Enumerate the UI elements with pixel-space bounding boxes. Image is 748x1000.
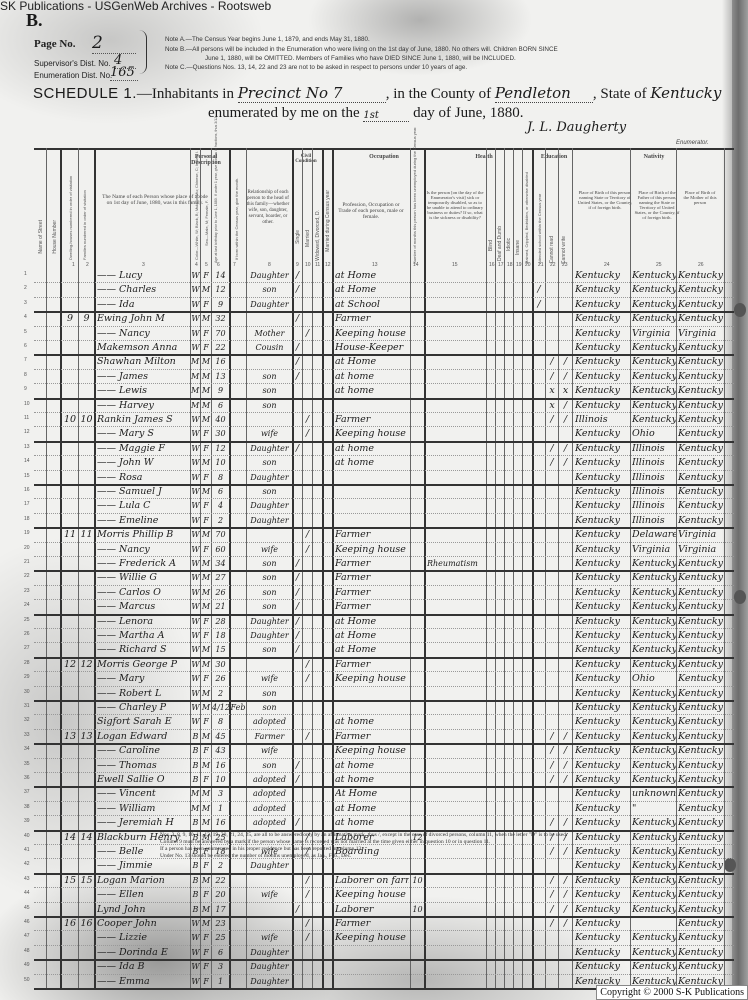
cannot-read-mark	[546, 614, 558, 628]
months-unemployed	[411, 858, 424, 872]
table-row: 20 —— Nancy W F 60 wife / Keeping house …	[34, 542, 734, 557]
family-number	[79, 858, 94, 872]
family-number	[79, 297, 94, 311]
cannot-write-mark	[559, 527, 572, 541]
sex: F	[201, 930, 211, 944]
relationship: son	[247, 484, 292, 498]
married-mark: /	[303, 873, 312, 887]
birthplace: Kentucky	[575, 383, 630, 397]
sickness	[427, 527, 485, 541]
family-number	[79, 743, 94, 757]
age: 40	[212, 412, 229, 426]
birth-month	[230, 599, 246, 613]
line-number: 7	[24, 357, 27, 363]
person-name: —— Mary S	[97, 426, 189, 440]
family-number: 13	[79, 729, 94, 743]
married-mark: /	[303, 542, 312, 556]
cannot-write-mark: /	[559, 455, 572, 469]
supervisor-dist-label: Supervisor's Dist. No.	[34, 59, 111, 68]
cannot-write-mark: /	[559, 412, 572, 426]
family-number	[79, 599, 94, 613]
birth-month: Feb	[230, 700, 246, 714]
line-number: 35	[24, 761, 30, 767]
footnote-line: If a person has been enumerated in his p…	[160, 846, 567, 853]
married-mark: /	[303, 426, 312, 440]
months-unemployed	[411, 441, 424, 455]
father-birthplace: Kentucky	[632, 556, 676, 570]
school-mark	[533, 887, 545, 901]
dwelling-number	[62, 628, 78, 642]
person-name: Morris Phillip B	[97, 527, 189, 541]
color: W	[191, 412, 200, 426]
single-mark	[293, 297, 302, 311]
sex: M	[201, 354, 211, 368]
father-birthplace: Delaware	[632, 527, 676, 541]
sickness	[427, 772, 485, 786]
age: 9	[212, 297, 229, 311]
relationship: Daughter	[247, 974, 292, 988]
relationship	[247, 354, 292, 368]
cannot-write-mark: /	[559, 887, 572, 901]
birth-month	[230, 916, 246, 930]
married-mark	[303, 398, 312, 412]
col-street: Name of Street	[38, 220, 44, 254]
cannot-read-mark	[546, 974, 558, 988]
color: Mu	[191, 398, 200, 412]
color: W	[191, 585, 200, 599]
single-mark	[293, 930, 302, 944]
relationship: Daughter	[247, 858, 292, 872]
single-mark	[293, 700, 302, 714]
relationship: wife	[247, 743, 292, 757]
birth-month	[230, 527, 246, 541]
single-mark: /	[293, 340, 302, 354]
line-number: 18	[24, 516, 30, 522]
mother-birthplace: Kentucky	[678, 441, 724, 455]
school-mark	[533, 398, 545, 412]
person-name: —— John W	[97, 455, 189, 469]
father-birthplace: Kentucky	[632, 772, 676, 786]
mother-birthplace: Kentucky	[678, 786, 724, 800]
occupation: Keeping house	[335, 426, 409, 440]
person-name: —— Lucy	[97, 268, 189, 282]
color: W	[191, 959, 200, 973]
person-name: Ewell Sallie O	[97, 772, 189, 786]
age: 26	[212, 671, 229, 685]
cannot-read-mark	[546, 542, 558, 556]
months-unemployed	[411, 974, 424, 988]
color: B	[191, 873, 200, 887]
school-mark	[533, 513, 545, 527]
sex: M	[201, 700, 211, 714]
sickness	[427, 455, 485, 469]
cannot-write-mark	[559, 484, 572, 498]
relationship: son	[247, 398, 292, 412]
cannot-read-mark: /	[546, 758, 558, 772]
sex: M	[201, 455, 211, 469]
birthplace: Kentucky	[575, 758, 630, 772]
birthplace: Kentucky	[575, 714, 630, 728]
person-name: Cooper John	[97, 916, 189, 930]
line-number: 30	[24, 689, 30, 695]
col-profession: Profession, Occupation or Trade of each …	[336, 202, 406, 220]
birth-month	[230, 570, 246, 584]
dwelling-number	[62, 599, 78, 613]
mother-birthplace: Kentucky	[678, 470, 724, 484]
line-number: 37	[24, 789, 30, 795]
age: 18	[212, 628, 229, 642]
school-mark	[533, 369, 545, 383]
cannot-read-mark	[546, 326, 558, 340]
school-mark	[533, 974, 545, 988]
birth-month	[230, 455, 246, 469]
footnote: Nos. 3, 8, 9, 10, 11, 12, 19, 20, 21, 24…	[160, 832, 567, 860]
married-mark: /	[303, 412, 312, 426]
family-number	[79, 628, 94, 642]
months-unemployed	[411, 671, 424, 685]
school-mark	[533, 354, 545, 368]
color: B	[191, 743, 200, 757]
family-number	[79, 570, 94, 584]
mother-birthplace: Kentucky	[678, 426, 724, 440]
married-mark	[303, 340, 312, 354]
school-mark	[533, 570, 545, 584]
age: 1	[212, 801, 229, 815]
mother-birthplace: Kentucky	[678, 297, 724, 311]
birth-month	[230, 282, 246, 296]
cannot-read-mark	[546, 642, 558, 656]
school-mark: /	[533, 297, 545, 311]
occupation	[335, 470, 409, 484]
married-mark	[303, 570, 312, 584]
sex: M	[201, 758, 211, 772]
single-mark	[293, 743, 302, 757]
months-unemployed	[411, 628, 424, 642]
line-number: 14	[24, 458, 30, 464]
color: Mu	[191, 369, 200, 383]
dwelling-number: 16	[62, 916, 78, 930]
dwelling-number	[62, 542, 78, 556]
birth-month	[230, 354, 246, 368]
relationship	[247, 873, 292, 887]
age: 17	[212, 902, 229, 916]
school-mark	[533, 326, 545, 340]
sex: F	[201, 268, 211, 282]
single-mark	[293, 542, 302, 556]
occupation: at Home	[335, 282, 409, 296]
school-mark	[533, 729, 545, 743]
color: Mu	[191, 786, 200, 800]
dwelling-number	[62, 498, 78, 512]
relationship: son	[247, 369, 292, 383]
father-birthplace: Kentucky	[632, 657, 676, 671]
col-mother-birthplace: Place of Birth of the Mother of this per…	[682, 190, 718, 205]
dwelling-number	[62, 700, 78, 714]
cannot-read-mark: /	[546, 729, 558, 743]
age: 20	[212, 887, 229, 901]
col-family: Families numbered in order of visitation	[82, 170, 87, 260]
occupation: Laborer	[335, 902, 409, 916]
occupation: at home	[335, 758, 409, 772]
single-mark	[293, 801, 302, 815]
months-unemployed	[411, 700, 424, 714]
line-number: 36	[24, 775, 30, 781]
age: 2	[212, 686, 229, 700]
father-birthplace: Kentucky	[632, 873, 676, 887]
enumerated-day: 1st	[363, 110, 409, 122]
sickness	[427, 585, 485, 599]
father-birthplace: Kentucky	[632, 729, 676, 743]
family-number: 11	[79, 527, 94, 541]
line-number: 20	[24, 545, 30, 551]
cannot-write-mark	[559, 340, 572, 354]
cannot-write-mark: /	[559, 758, 572, 772]
occupation: Laborer on farm	[335, 873, 409, 887]
color: B	[191, 729, 200, 743]
father-birthplace: Illinois	[632, 455, 676, 469]
form-letter: B.	[26, 10, 43, 31]
dwelling-number	[62, 887, 78, 901]
occupation: Keeping house	[335, 743, 409, 757]
note-a: Note A.—The Census Year begins June 1, 1…	[165, 36, 370, 43]
birthplace: Kentucky	[575, 830, 630, 844]
birth-month	[230, 974, 246, 988]
single-mark	[293, 426, 302, 440]
line-number: 16	[24, 487, 30, 493]
table-row: 44 —— Ellen B F 20 wife / Keeping house …	[34, 887, 734, 902]
person-name: —— Dorinda E	[97, 945, 189, 959]
cannot-read-mark	[546, 340, 558, 354]
months-unemployed	[411, 642, 424, 656]
sickness	[427, 282, 485, 296]
school-mark	[533, 311, 545, 325]
mother-birthplace: Kentucky	[678, 930, 724, 944]
sex: F	[201, 614, 211, 628]
family-number	[79, 513, 94, 527]
cannot-write-mark	[559, 628, 572, 642]
table-row: 7 Shawhan Milton Mu M 16 / at Home / / K…	[34, 354, 734, 369]
person-name: Shawhan Milton	[97, 354, 189, 368]
line-number: 24	[24, 602, 30, 608]
school-mark	[533, 786, 545, 800]
sickness	[427, 758, 485, 772]
single-mark: /	[293, 570, 302, 584]
line-number: 26	[24, 631, 30, 637]
age: 22	[212, 340, 229, 354]
family-number	[79, 326, 94, 340]
relationship: wife	[247, 542, 292, 556]
school-mark	[533, 484, 545, 498]
age: 10	[212, 455, 229, 469]
relationship	[247, 311, 292, 325]
age: 30	[212, 426, 229, 440]
single-mark	[293, 887, 302, 901]
family-number	[79, 945, 94, 959]
cannot-read-mark	[546, 570, 558, 584]
married-mark: /	[303, 887, 312, 901]
occupation: At Home	[335, 786, 409, 800]
cannot-write-mark	[559, 498, 572, 512]
birth-month	[230, 887, 246, 901]
table-header: Name of Street House Number Dwelling-hou…	[34, 148, 734, 270]
months-unemployed	[411, 354, 424, 368]
cannot-read-mark	[546, 599, 558, 613]
mother-birthplace: Kentucky	[678, 801, 724, 815]
months-unemployed	[411, 513, 424, 527]
single-mark	[293, 873, 302, 887]
age: 12	[212, 282, 229, 296]
single-mark	[293, 527, 302, 541]
age: 25	[212, 930, 229, 944]
cannot-write-mark	[559, 801, 572, 815]
single-mark: /	[293, 642, 302, 656]
color: B	[191, 902, 200, 916]
sex: F	[201, 974, 211, 988]
cannot-write-mark	[559, 311, 572, 325]
cannot-write-mark: /	[559, 369, 572, 383]
cannot-read-mark	[546, 628, 558, 642]
school-mark	[533, 585, 545, 599]
school-mark	[533, 657, 545, 671]
cannot-read-mark	[546, 686, 558, 700]
enumeration-date-line: enumerated by me on the 1st day of June,…	[208, 105, 524, 122]
single-mark	[293, 657, 302, 671]
relationship: Daughter	[247, 498, 292, 512]
birthplace: Kentucky	[575, 858, 630, 872]
married-mark	[303, 383, 312, 397]
birthplace: Kentucky	[575, 326, 630, 340]
dwelling-number	[62, 513, 78, 527]
enumeration-dist-label: Enumeration Dist. No.	[34, 71, 112, 80]
cannot-write-mark	[559, 470, 572, 484]
line-number: 42	[24, 861, 30, 867]
cannot-write-mark	[559, 268, 572, 282]
birthplace: Kentucky	[575, 369, 630, 383]
sex: M	[201, 873, 211, 887]
birthplace: Illinois	[575, 412, 630, 426]
enumerator-label: Enumerator.	[676, 140, 709, 146]
relationship: Daughter	[247, 470, 292, 484]
color: Mu	[191, 383, 200, 397]
line-number: 44	[24, 890, 30, 896]
married-mark: /	[303, 930, 312, 944]
age: 4/12	[212, 700, 229, 714]
person-name: —— Robert L	[97, 686, 189, 700]
birth-month	[230, 513, 246, 527]
age: 4	[212, 498, 229, 512]
color: W	[191, 455, 200, 469]
married-mark	[303, 470, 312, 484]
school-mark	[533, 714, 545, 728]
occupation: at Home	[335, 354, 409, 368]
single-mark	[293, 513, 302, 527]
occupation	[335, 513, 409, 527]
birth-month	[230, 311, 246, 325]
single-mark	[293, 383, 302, 397]
col-married: Married	[305, 230, 311, 247]
sex: M	[201, 642, 211, 656]
family-number	[79, 758, 94, 772]
cannot-read-mark	[546, 282, 558, 296]
age: 13	[212, 369, 229, 383]
sickness	[427, 959, 485, 973]
occupation: at Home	[335, 614, 409, 628]
single-mark: /	[293, 815, 302, 829]
sickness	[427, 498, 485, 512]
table-row: 34 —— Caroline B F 43 wife Keeping house…	[34, 743, 734, 758]
cannot-read-mark	[546, 671, 558, 685]
relationship	[247, 657, 292, 671]
father-birthplace: Kentucky	[632, 340, 676, 354]
table-row: 26 —— Martha A W F 18 Daughter / at Home…	[34, 628, 734, 643]
col-month-born: If born within the Census year, give the…	[234, 180, 239, 260]
dwelling-number	[62, 858, 78, 872]
birth-month	[230, 873, 246, 887]
family-number	[79, 282, 94, 296]
sex: F	[201, 498, 211, 512]
mother-birthplace: Kentucky	[678, 772, 724, 786]
cannot-write-mark	[559, 959, 572, 973]
father-birthplace: Kentucky	[632, 815, 676, 829]
cannot-write-mark: x	[559, 383, 572, 397]
person-name: Logan Marion	[97, 873, 189, 887]
group-nativity: Nativity	[624, 154, 684, 160]
father-birthplace: Kentucky	[632, 642, 676, 656]
table-row: 31 —— Charley P W M 4/12 Feb son Kentuck…	[34, 700, 734, 715]
sex: F	[201, 714, 211, 728]
months-unemployed: 10	[411, 873, 424, 887]
father-birthplace: Kentucky	[632, 585, 676, 599]
months-unemployed	[411, 455, 424, 469]
cannot-read-mark	[546, 268, 558, 282]
mother-birthplace: Kentucky	[678, 268, 724, 282]
relationship	[247, 916, 292, 930]
color: W	[191, 916, 200, 930]
school-mark	[533, 268, 545, 282]
census-page: SK Publications - USGenWeb Archives - Ro…	[0, 0, 748, 1000]
birthplace: Kentucky	[575, 873, 630, 887]
mother-birthplace: Kentucky	[678, 642, 724, 656]
sickness	[427, 873, 485, 887]
table-row: 5 —— Nancy W F 70 Mother / Keeping house…	[34, 326, 734, 341]
cannot-read-mark: /	[546, 441, 558, 455]
single-mark	[293, 470, 302, 484]
months-unemployed	[411, 398, 424, 412]
sex: M	[201, 786, 211, 800]
sickness	[427, 311, 485, 325]
sex: M	[201, 686, 211, 700]
line-number: 17	[24, 501, 30, 507]
occupation: Keeping house	[335, 671, 409, 685]
cannot-write-mark	[559, 585, 572, 599]
birthplace: Kentucky	[575, 786, 630, 800]
mother-birthplace: Kentucky	[678, 628, 724, 642]
birth-month	[230, 945, 246, 959]
cannot-write-mark	[559, 542, 572, 556]
father-birthplace: Kentucky	[632, 268, 676, 282]
sex: M	[201, 412, 211, 426]
relationship: adopted	[247, 772, 292, 786]
sickness	[427, 542, 485, 556]
family-number	[79, 585, 94, 599]
table-row: 49 —— Ida B W F 3 Daughter Kentucky Kent…	[34, 959, 734, 974]
page-no-value: 2	[92, 33, 136, 54]
birthplace: Kentucky	[575, 743, 630, 757]
birth-month	[230, 758, 246, 772]
dwelling-number	[62, 354, 78, 368]
school-mark	[533, 614, 545, 628]
married-mark	[303, 686, 312, 700]
